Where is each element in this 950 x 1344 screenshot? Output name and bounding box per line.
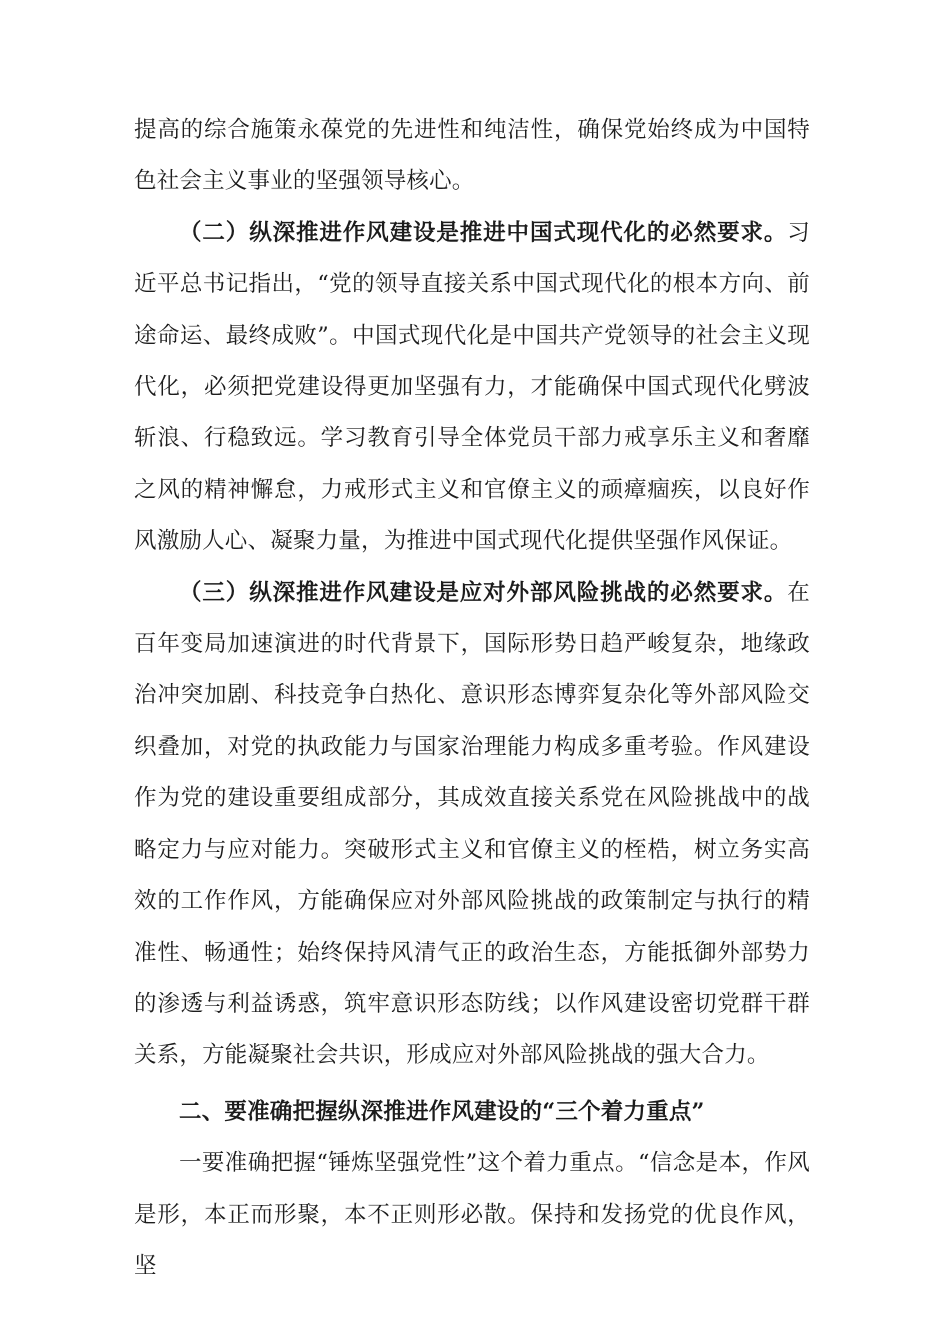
point-two-lead: （二）纵深推进作风建设是推进中国式现代化的必然要求。 <box>179 220 787 246</box>
paragraph-intro-continuation: 提高的综合施策永葆党的先进性和纯洁性，确保党始终成为中国特色社会主义事业的坚强领… <box>134 105 810 208</box>
section-two-heading: 二、要准确把握纵深推进作风建设的“三个着力重点” <box>134 1087 810 1138</box>
point-two-body: 习近平总书记指出，“党的领导直接关系中国式现代化的根本方向、前途命运、最终成败”… <box>134 220 810 554</box>
point-three-lead: （三）纵深推进作风建设是应对外部风险挑战的必然要求。 <box>179 580 787 606</box>
paragraph-point-three: （三）纵深推进作风建设是应对外部风险挑战的必然要求。在百年变局加速演进的时代背景… <box>134 568 810 1082</box>
paragraph-section-two-first: 一要准确把握“锤炼坚强党性”这个着力重点。“信念是本，作风是形，本正而形聚，本不… <box>134 1138 810 1292</box>
document-page: 提高的综合施策永葆党的先进性和纯洁性，确保党始终成为中国特色社会主义事业的坚强领… <box>0 0 950 1344</box>
point-three-body: 在百年变局加速演进的时代背景下，国际形势日趋严峻复杂，地缘政治冲突加剧、科技竞争… <box>134 580 810 1069</box>
paragraph-point-two: （二）纵深推进作风建设是推进中国式现代化的必然要求。习近平总书记指出，“党的领导… <box>134 208 810 568</box>
